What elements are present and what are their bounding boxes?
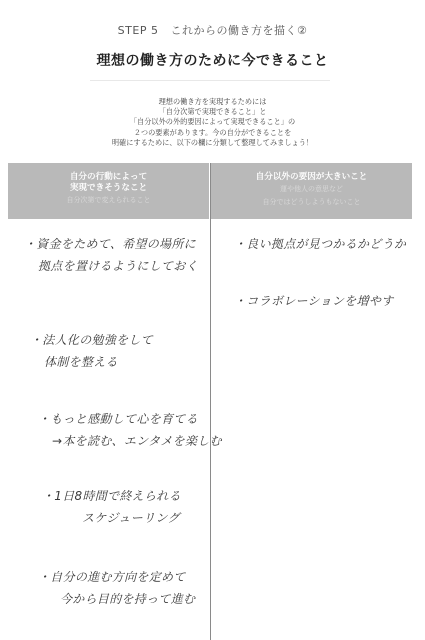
- column-title-line: 実現できそうなこと: [8, 183, 209, 194]
- page-title: 理想の働き方のために今できること: [0, 50, 425, 70]
- entry-line: 今から目的を持って進む: [38, 588, 195, 610]
- intro-line: 理想の働き方を実現するためには: [0, 97, 425, 107]
- step-heading: STEP 5これからの働き方を描く②: [0, 22, 425, 38]
- entry-self-1: ・資金をためて、希望の場所に 拠点を置けるようにしておく: [24, 233, 198, 277]
- entry-line: ・法人化の勉強をして: [30, 329, 153, 351]
- entry-line: ・自分の進む方向を定めて: [38, 566, 195, 588]
- entry-self-5: ・自分の進む方向を定めて 今から目的を持って進む: [38, 566, 195, 610]
- title-divider: [90, 80, 330, 81]
- intro-line: 明確にするために、以下の欄に分類して整理してみましょう！: [0, 138, 425, 148]
- entry-line: ・もっと感動して心を育てる: [38, 408, 222, 430]
- entry-external-2: ・コラボレーションを増やす: [234, 290, 393, 312]
- entry-line: ・資金をためて、希望の場所に: [24, 233, 198, 255]
- entry-self-2: ・法人化の勉強をして 体制を整える: [30, 329, 153, 373]
- classification-table: 自分の行動によって 実現できそうなこと 自分次第で変えられること 自分以外の要因…: [8, 163, 412, 640]
- entry-line: 拠点を置けるようにしておく: [24, 255, 198, 277]
- intro-text: 理想の働き方を実現するためには 「自分次第で実現できること」と 「自分以外の外的…: [0, 97, 425, 148]
- intro-line: 「自分次第で実現できること」と: [0, 107, 425, 117]
- step-number: STEP 5: [118, 24, 159, 37]
- entry-line: スケジューリング: [42, 507, 181, 529]
- intro-line: ２つの要素があります。今の自分ができることを: [0, 128, 425, 138]
- entry-line: →本を読む、エンタメを楽しむ: [38, 430, 222, 452]
- entry-external-1: ・良い拠点が見つかるかどうか: [234, 233, 406, 255]
- column-header-self: 自分の行動によって 実現できそうなこと 自分次第で変えられること: [8, 163, 209, 219]
- entry-line: 体制を整える: [30, 351, 153, 373]
- column-title: 自分の行動によって 実現できそうなこと: [8, 163, 209, 194]
- column-title-line: 自分の行動によって: [8, 172, 209, 183]
- entry-line: ・良い拠点が見つかるかどうか: [234, 233, 406, 255]
- entry-line: ・コラボレーションを増やす: [234, 290, 393, 312]
- column-subtitle: 自分ではどうしようもないこと: [211, 196, 412, 209]
- entry-self-3: ・もっと感動して心を育てる →本を読む、エンタメを楽しむ: [38, 408, 222, 452]
- step-title: これからの働き方を描く②: [170, 24, 307, 37]
- entry-self-4: ・1日8時間で終えられる スケジューリング: [42, 485, 181, 529]
- intro-line: 「自分以外の外的要因によって実現できること」の: [0, 117, 425, 127]
- worksheet-page: STEP 5これからの働き方を描く② 理想の働き方のために今できること 理想の働…: [0, 0, 425, 640]
- column-header-external: 自分以外の要因が大きいこと 運や他人の意思など 自分ではどうしようもないこと: [211, 163, 412, 219]
- column-subtitle: 運や他人の意思など: [211, 183, 412, 196]
- column-title: 自分以外の要因が大きいこと: [211, 163, 412, 183]
- entry-line: ・1日8時間で終えられる: [42, 485, 181, 507]
- column-divider: [210, 163, 212, 640]
- column-subtitle: 自分次第で変えられること: [8, 194, 209, 207]
